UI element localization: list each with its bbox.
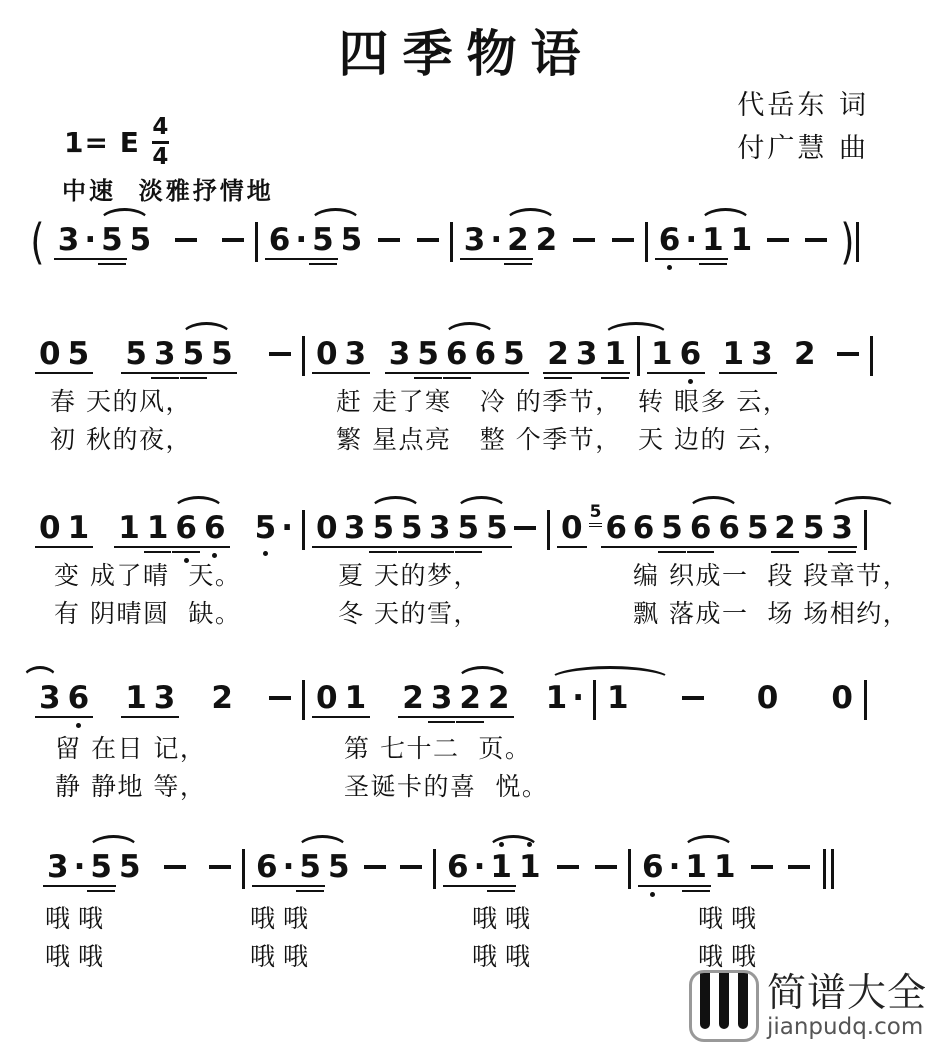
lyric-segment: 哦哦	[472, 937, 538, 973]
note-group: 1	[607, 680, 629, 716]
augmentation-dot: ·	[74, 849, 86, 885]
music-line-1: (3·556·553·226·11)	[28, 222, 859, 262]
note-group: 6·55	[256, 849, 350, 885]
note: 3	[345, 336, 367, 372]
note: 3	[751, 336, 773, 372]
measure: 055355	[28, 336, 302, 372]
lyric-row: 变 成了晴 天。夏 天的梦，编 织成一 段 段章节，	[0, 556, 933, 594]
lyric-segment: 哦哦	[45, 937, 111, 973]
augmentation-dot: ·	[474, 849, 486, 885]
note-group: 231	[547, 336, 626, 372]
lyric-segment: 赶 走了寒 冷 的季节，	[336, 382, 622, 418]
note: 1	[345, 680, 367, 716]
credits: 代岳东 词 付广慧 曲	[737, 84, 869, 170]
lyric-segment: 初 秋的夜，	[50, 420, 192, 456]
lyric-row: 哦哦哦哦哦哦哦哦	[0, 899, 933, 937]
note: 5	[130, 222, 152, 258]
note: 5	[68, 336, 90, 372]
dash	[164, 865, 186, 869]
note: 2	[507, 222, 529, 258]
note-group	[612, 222, 634, 242]
note-group	[682, 680, 704, 700]
dash	[209, 865, 231, 869]
lyric-block-1: 春 天的风，赶 走了寒 冷 的季节，转 眼多 云，初 秋的夜，繁 星点亮 整 个…	[0, 382, 933, 458]
lyric-segment: 天 边的 云，	[638, 420, 789, 456]
note: 3	[831, 510, 853, 546]
note: 5	[119, 849, 141, 885]
dash	[751, 865, 773, 869]
song-title: 四季物语	[0, 14, 933, 86]
note: 6	[659, 222, 681, 258]
open-paren: (	[30, 222, 44, 262]
note-group: 355	[429, 510, 508, 546]
note-group: 05	[39, 336, 89, 372]
note: 5	[90, 849, 112, 885]
note: 1	[731, 222, 753, 258]
lyric-segment: 哦哦	[698, 937, 764, 973]
piano-keys-icon	[689, 970, 759, 1042]
music-line-3: 0111665·035535505665665253	[28, 510, 867, 550]
measure: 3·55	[47, 222, 255, 258]
note: 2	[536, 222, 558, 258]
note: 5	[299, 849, 321, 885]
measure: 3·22	[453, 222, 645, 258]
note-group: 0	[757, 680, 779, 716]
note: 5	[458, 510, 480, 546]
lyric-segment: 飘 落成一 场 场相约，	[633, 594, 909, 630]
augmentation-dot: ·	[295, 222, 307, 258]
measure: 6·11	[648, 222, 838, 258]
note: 5	[211, 336, 233, 372]
note-group: 1166	[118, 510, 225, 546]
note-group: 2	[794, 336, 816, 372]
augmentation-dot: ·	[84, 222, 96, 258]
lyric-segment: 第 七十二 页。	[344, 729, 531, 765]
rest: 0	[316, 336, 338, 372]
dash	[682, 696, 704, 700]
barline	[856, 222, 859, 262]
note-group: 2	[211, 680, 233, 716]
rest: 0	[831, 680, 853, 716]
note: 1	[651, 336, 673, 372]
final-double-barline	[823, 849, 834, 889]
note: 5	[125, 336, 147, 372]
tempo-marking: 中速 淡雅抒情地	[62, 171, 274, 206]
measure: 0111665·	[28, 510, 302, 546]
lyric-segment: 哦哦	[45, 899, 111, 935]
music-line-4: 361320123221·100	[28, 680, 867, 720]
lyric-row: 留 在日 记，第 七十二 页。	[0, 729, 933, 767]
note: 3	[389, 336, 411, 372]
dash	[837, 352, 859, 356]
music-line-5: 3·556·556·116·11	[36, 849, 834, 889]
note-group	[767, 222, 789, 242]
lyric-segment: 夏 天的梦，	[338, 556, 480, 592]
note-group: 03	[316, 336, 366, 372]
augmentation-dot: ·	[669, 849, 681, 885]
note: 5	[328, 849, 350, 885]
lyric-segment: 哦哦	[698, 899, 764, 935]
dash	[364, 865, 386, 869]
watermark-site-url: jianpudq.com	[767, 1015, 927, 1039]
dash	[400, 865, 422, 869]
note: 6	[690, 510, 712, 546]
rest: 0	[39, 336, 61, 372]
dash	[269, 352, 291, 356]
note-group	[417, 222, 439, 242]
note-group: 01	[316, 680, 366, 716]
note: 5	[503, 336, 525, 372]
lyric-segment: 转 眼多 云，	[638, 382, 789, 418]
note: 5	[747, 510, 769, 546]
note: 1	[685, 849, 707, 885]
note: 6	[256, 849, 278, 885]
note-group	[400, 849, 422, 869]
measure: 6·11	[631, 849, 821, 885]
augmentation-dot: ·	[685, 222, 697, 258]
dash	[767, 238, 789, 242]
augmentation-dot: ·	[572, 680, 584, 716]
note: 6	[680, 336, 702, 372]
note: 5	[661, 510, 683, 546]
note-group: 355	[344, 510, 423, 546]
note: 6	[269, 222, 291, 258]
note: 1	[519, 849, 541, 885]
dash	[378, 238, 400, 242]
note-group	[837, 336, 859, 356]
note: 1	[546, 680, 568, 716]
note-group: 3·22	[464, 222, 558, 258]
watermark-text: 简谱大全 jianpudq.com	[767, 973, 927, 1039]
note-group: 6·11	[642, 849, 736, 885]
dash	[805, 238, 827, 242]
note-group: 36	[39, 680, 89, 716]
measure: 100	[596, 680, 864, 716]
note-group: 13	[125, 680, 175, 716]
note: 3	[344, 510, 366, 546]
note: 5	[255, 510, 277, 546]
note-group: 6·11	[447, 849, 541, 885]
note-group	[557, 849, 579, 869]
note: 3	[39, 680, 61, 716]
note-group	[788, 849, 810, 869]
note: 1	[604, 336, 626, 372]
lyricist-credit: 代岳东 词	[737, 84, 869, 127]
note-group: 5355	[125, 336, 232, 372]
measure: 36132	[28, 680, 302, 716]
lyric-segment: 圣诞卡的喜 悦。	[344, 767, 548, 803]
measure: 3·55	[36, 849, 242, 885]
note: 5	[101, 222, 123, 258]
note: 5	[183, 336, 205, 372]
note: 5	[372, 510, 394, 546]
watermark: 简谱大全 jianpudq.com	[689, 970, 927, 1042]
measure: 6·11	[436, 849, 628, 885]
note: 5	[803, 510, 825, 546]
note: 3	[576, 336, 598, 372]
note-group: 0	[316, 510, 338, 546]
note-group	[595, 849, 617, 869]
note: 1	[714, 849, 736, 885]
note: 3	[58, 222, 80, 258]
note-group: 13	[723, 336, 773, 372]
note: 6	[475, 336, 497, 372]
measure: 6·55	[245, 849, 433, 885]
rest: 0	[561, 510, 583, 546]
note: 6	[204, 510, 226, 546]
note: 2	[402, 680, 424, 716]
note-group	[175, 222, 197, 242]
note: 1	[147, 510, 169, 546]
note: 1	[702, 222, 724, 258]
key-signature: 1= E 4 4	[64, 116, 169, 169]
barline	[864, 680, 867, 720]
note: 3	[429, 510, 451, 546]
note-group: 6·55	[269, 222, 363, 258]
barline	[864, 510, 867, 550]
note-group	[364, 849, 386, 869]
dash	[573, 238, 595, 242]
dash	[514, 526, 536, 530]
note: 5	[312, 222, 334, 258]
measure: 05665665253	[550, 510, 864, 546]
note-group: 0	[831, 680, 853, 716]
close-paren: )	[840, 222, 854, 262]
augmentation-dot: ·	[283, 849, 295, 885]
note-group	[269, 680, 291, 700]
lyric-block-4: 哦哦哦哦哦哦哦哦哦哦哦哦哦哦哦哦	[0, 899, 933, 975]
tonality: 1= E	[64, 126, 140, 159]
note: 1	[607, 680, 629, 716]
note: 5	[401, 510, 423, 546]
lyric-row: 有 阴晴圆 缺。冬 天的雪，飘 落成一 场 场相约，	[0, 594, 933, 632]
dash	[595, 865, 617, 869]
meter-denominator: 4	[152, 146, 168, 169]
note-group	[209, 849, 231, 869]
note-group	[573, 222, 595, 242]
dash	[269, 696, 291, 700]
dash	[222, 238, 244, 242]
note-group	[805, 222, 827, 242]
meter-numerator: 4	[152, 116, 168, 139]
composer-credit: 付广慧 曲	[737, 127, 869, 170]
note: 5	[486, 510, 508, 546]
lyric-segment: 编 织成一 段 段章节，	[633, 556, 909, 592]
note: 1	[490, 849, 512, 885]
note-group: 35665	[389, 336, 525, 372]
music-line-2: 055355033566523116132	[28, 336, 873, 376]
note: 6	[68, 680, 90, 716]
lyric-segment: 留 在日 记，	[55, 729, 206, 765]
note-group: 5·	[255, 510, 291, 546]
note: 1	[723, 336, 745, 372]
dash	[175, 238, 197, 242]
note-group: 65665	[633, 510, 769, 546]
note-group: 6·11	[659, 222, 753, 258]
dash	[417, 238, 439, 242]
note: 1	[68, 510, 90, 546]
note-group	[378, 222, 400, 242]
note: 3	[47, 849, 69, 885]
note-group: 3·55	[58, 222, 152, 258]
note: 3	[154, 336, 176, 372]
note: 2	[211, 680, 233, 716]
lyric-segment: 春 天的风，	[50, 382, 192, 418]
measure: 0123221·	[305, 680, 593, 716]
lyric-segment: 哦哦	[250, 937, 316, 973]
augmentation-dot: ·	[281, 510, 293, 546]
rest: 0	[757, 680, 779, 716]
lyric-block-3: 留 在日 记，第 七十二 页。静 静地 等，圣诞卡的喜 悦。	[0, 729, 933, 805]
note-group: 16	[651, 336, 701, 372]
rest: 0	[316, 680, 338, 716]
note-group: 056	[561, 510, 627, 546]
note: 6	[446, 336, 468, 372]
note: 2	[547, 336, 569, 372]
lyric-row: 静 静地 等，圣诞卡的喜 悦。	[0, 767, 933, 805]
lyric-segment: 哦哦	[472, 899, 538, 935]
lyric-row: 初 秋的夜，繁 星点亮 整 个季节，天 边的 云，	[0, 420, 933, 458]
note-group: 1·	[546, 680, 582, 716]
lyric-segment: 静 静地 等，	[55, 767, 206, 803]
note: 6	[605, 510, 627, 546]
lyric-segment: 繁 星点亮 整 个季节，	[336, 420, 622, 456]
note-group	[751, 849, 773, 869]
measure: 0335665231	[305, 336, 637, 372]
note: 6	[718, 510, 740, 546]
note-group: 2322	[402, 680, 509, 716]
note-group: 253	[774, 510, 853, 546]
note: 3	[431, 680, 453, 716]
note: 2	[794, 336, 816, 372]
time-signature: 4 4	[152, 116, 169, 169]
note-group	[269, 336, 291, 356]
lyric-row: 春 天的风，赶 走了寒 冷 的季节，转 眼多 云，	[0, 382, 933, 420]
measure: 16132	[640, 336, 870, 372]
note-group	[514, 510, 536, 530]
note-group: 3·55	[47, 849, 141, 885]
note: 3	[464, 222, 486, 258]
barline	[870, 336, 873, 376]
rest: 0	[39, 510, 61, 546]
note: 5	[590, 504, 602, 521]
note: 6	[175, 510, 197, 546]
measure: 6·55	[258, 222, 450, 258]
lyric-segment: 哦哦	[250, 899, 316, 935]
note: 2	[488, 680, 510, 716]
note-group	[222, 222, 244, 242]
measure: 0355355	[305, 510, 547, 546]
rest: 0	[316, 510, 338, 546]
dash	[612, 238, 634, 242]
lyric-block-2: 变 成了晴 天。夏 天的梦，编 织成一 段 段章节，有 阴晴圆 缺。冬 天的雪，…	[0, 556, 933, 632]
dash	[788, 865, 810, 869]
note: 1	[125, 680, 147, 716]
note-group	[164, 849, 186, 869]
watermark-site-name: 简谱大全	[767, 973, 927, 1015]
note: 3	[154, 680, 176, 716]
lyric-segment: 有 阴晴圆 缺。	[54, 594, 241, 630]
note-group: 01	[39, 510, 89, 546]
note: 5	[341, 222, 363, 258]
augmentation-dot: ·	[490, 222, 502, 258]
note: 6	[447, 849, 469, 885]
note: 2	[774, 510, 796, 546]
note: 6	[642, 849, 664, 885]
note: 2	[459, 680, 481, 716]
lyric-segment: 变 成了晴 天。	[54, 556, 241, 592]
note: 6	[633, 510, 655, 546]
lyric-segment: 冬 天的雪，	[338, 594, 480, 630]
dash	[557, 865, 579, 869]
note: 5	[417, 336, 439, 372]
note: 1	[118, 510, 140, 546]
